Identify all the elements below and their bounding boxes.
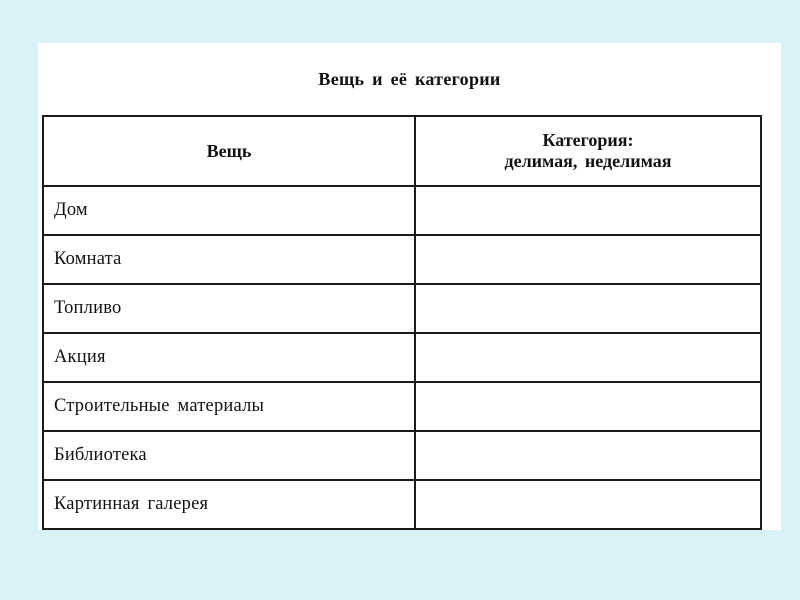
cell-thing: Библиотека: [43, 431, 415, 480]
table-row: Строительные материалы: [43, 382, 761, 431]
table-row: Комната: [43, 235, 761, 284]
cell-category[interactable]: [415, 186, 761, 235]
cell-thing: Акция: [43, 333, 415, 382]
cell-category[interactable]: [415, 284, 761, 333]
cell-category[interactable]: [415, 382, 761, 431]
cell-thing: Комната: [43, 235, 415, 284]
table-row: Картинная галерея: [43, 480, 761, 529]
cell-thing: Картинная галерея: [43, 480, 415, 529]
header-category-title: Категория:: [417, 130, 759, 151]
worksheet-panel: Вещь и её категории Вещь Категория: дели…: [38, 43, 781, 530]
cell-thing: Строительные материалы: [43, 382, 415, 431]
cell-thing: Дом: [43, 186, 415, 235]
header-category-options: делимая, неделимая: [417, 151, 759, 172]
cell-category[interactable]: [415, 431, 761, 480]
table-header-row: Вещь Категория: делимая, неделимая: [43, 116, 761, 186]
table-row: Акция: [43, 333, 761, 382]
cell-category[interactable]: [415, 235, 761, 284]
table-row: Топливо: [43, 284, 761, 333]
cell-category[interactable]: [415, 333, 761, 382]
table-row: Дом: [43, 186, 761, 235]
table-row: Библиотека: [43, 431, 761, 480]
header-thing: Вещь: [43, 116, 415, 186]
table-title: Вещь и её категории: [38, 69, 781, 90]
things-categories-table: Вещь Категория: делимая, неделимая Дом К…: [42, 115, 762, 530]
cell-thing: Топливо: [43, 284, 415, 333]
header-category: Категория: делимая, неделимая: [415, 116, 761, 186]
cell-category[interactable]: [415, 480, 761, 529]
